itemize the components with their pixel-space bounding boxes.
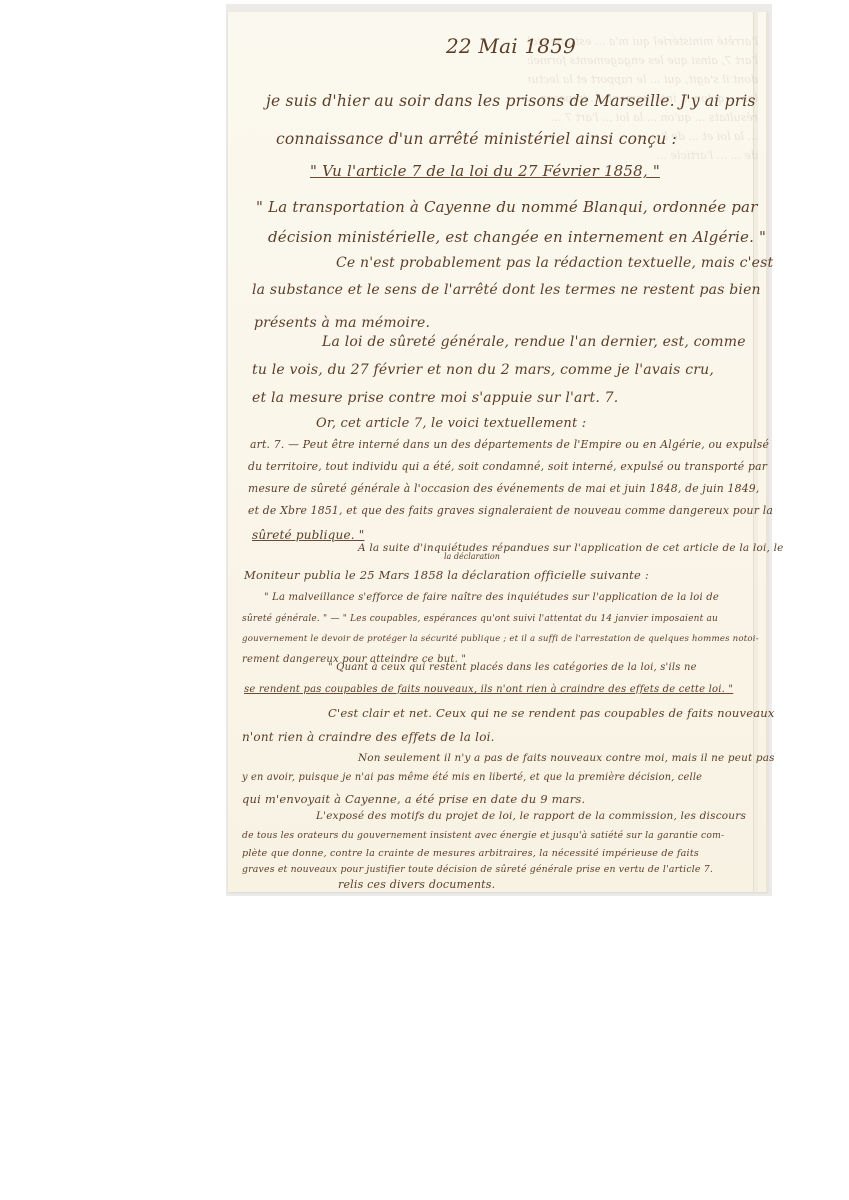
text-line: je suis d'hier au soir dans les prisons … bbox=[266, 92, 756, 110]
text-line: Non seulement il n'y a pas de faits nouv… bbox=[358, 752, 775, 764]
law-text-line: et de Xbre 1851, et que des faits graves… bbox=[248, 504, 773, 517]
law-text-line: du territoire, tout individu qui a été, … bbox=[248, 460, 767, 473]
text-line: plète que donne, contre la crainte de me… bbox=[242, 848, 699, 859]
text-line: Or, cet article 7, le voici textuellemen… bbox=[316, 416, 586, 431]
text-line: graves et nouveaux pour justifier toute … bbox=[242, 864, 713, 875]
text-line: La loi de sûreté générale, rendue l'an d… bbox=[322, 334, 746, 350]
text-line: relis ces divers documents. bbox=[338, 878, 495, 891]
text-line: de tous les orateurs du gouvernement ins… bbox=[242, 830, 724, 841]
text-line: Moniteur publia le 25 Mars 1858 la décla… bbox=[244, 568, 649, 582]
quote-line: sûreté générale. " — " Les coupables, es… bbox=[242, 614, 718, 624]
text-line: " Vu l'article 7 de la loi du 27 Février… bbox=[310, 162, 660, 180]
text-line: C'est clair et net. Ceux qui ne se rende… bbox=[328, 706, 775, 720]
manuscript-page: l'arrêté ministériel qui m'a ... est une… bbox=[228, 12, 768, 892]
letter-date: 22 Mai 1859 bbox=[446, 34, 576, 58]
text-line: " La transportation à Cayenne du nommé B… bbox=[256, 198, 758, 216]
text-line: la substance et le sens de l'arrêté dont… bbox=[252, 282, 761, 298]
interlinear-insertion: la déclaration bbox=[444, 552, 500, 561]
text-line: qui m'envoyait à Cayenne, a été prise en… bbox=[242, 792, 585, 806]
law-text-line: art. 7. — Peut être interné dans un des … bbox=[250, 438, 769, 451]
quote-line: " Quant à ceux qui restent placés dans l… bbox=[328, 662, 697, 673]
bleed-through-text: l'arrêté ministériel qui m'a ... est une… bbox=[528, 32, 758, 212]
text-line: décision ministérielle, est changée en i… bbox=[268, 228, 766, 246]
quote-line: gouvernement le devoir de protéger la sé… bbox=[242, 634, 759, 644]
text-line: présents à ma mémoire. bbox=[254, 315, 430, 331]
quote-line: " La malveillance s'efforce de faire naî… bbox=[264, 592, 719, 603]
text-line: y en avoir, puisque je n'ai pas même été… bbox=[242, 772, 702, 783]
text-line: Ce n'est probablement pas la rédaction t… bbox=[336, 255, 773, 271]
text-line: L'exposé des motifs du projet de loi, le… bbox=[316, 810, 746, 822]
text-line: tu le vois, du 27 février et non du 2 ma… bbox=[252, 362, 714, 378]
text-line: A la suite d'inquiétudes répandues sur l… bbox=[358, 542, 784, 554]
quote-line-underlined: se rendent pas coupables de faits nouvea… bbox=[244, 684, 733, 695]
text-line: et la mesure prise contre moi s'appuie s… bbox=[252, 390, 618, 406]
text-line: n'ont rien à craindre des effets de la l… bbox=[242, 730, 495, 744]
text-segment: Moniteur publia le 25 Mars 1858 la décla… bbox=[244, 568, 649, 582]
text-line: connaissance d'un arrêté ministériel ain… bbox=[276, 130, 677, 148]
law-text-line: sûreté publique. " bbox=[252, 528, 365, 542]
law-text-line: mesure de sûreté générale à l'occasion d… bbox=[248, 482, 759, 495]
